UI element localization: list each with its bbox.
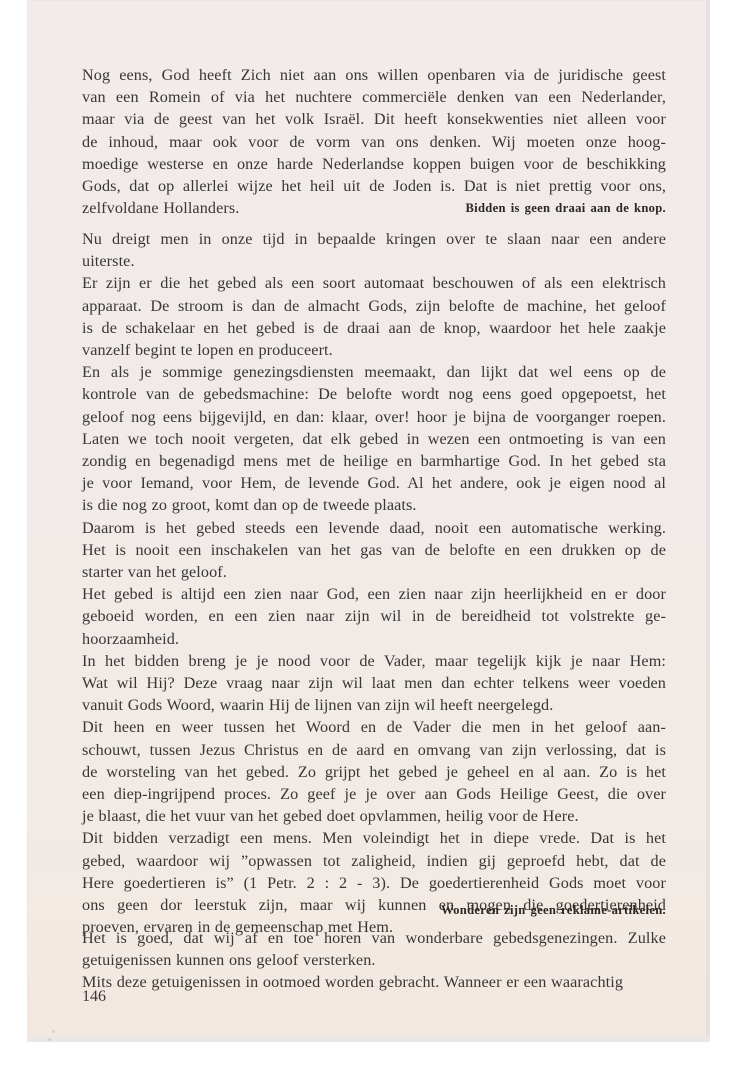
text-line: uiterste. bbox=[82, 250, 666, 272]
text-line: de inhoud, maar ook voor de vorm van ons… bbox=[82, 131, 666, 153]
section-heading-bidden: Bidden is geen draai aan de knop. bbox=[465, 201, 666, 216]
text-line: een diep-ingrijpend proces. Zo geef je j… bbox=[82, 783, 666, 805]
text-line: is die nog zo groot, komt dan op de twee… bbox=[82, 494, 666, 516]
page-edge-bottom bbox=[27, 1036, 710, 1042]
text-line: Dit heen en weer tussen het Woord en de … bbox=[82, 716, 666, 738]
text-line: Er zijn er die het gebed als een soort a… bbox=[82, 272, 666, 294]
text-line: Daarom is het gebed steeds een levende d… bbox=[82, 517, 666, 539]
text-line: schouwt, tussen Jezus Christus en de aar… bbox=[82, 739, 666, 761]
text-line: Nu dreigt men in onze tijd in bepaalde k… bbox=[82, 228, 666, 250]
text-line: Gods, dat op allerlei wijze het heil uit… bbox=[82, 175, 666, 197]
text-line: je voor Iemand, voor Hem, de levende God… bbox=[82, 472, 666, 494]
text-line: Here goedertieren is” (1 Petr. 2 : 2 - 3… bbox=[82, 872, 666, 894]
scan-margin bbox=[0, 0, 27, 1068]
paper-smudge bbox=[48, 1038, 51, 1041]
text-line: Mits deze getuigenissen in ootmoed worde… bbox=[82, 971, 666, 993]
text-line: je blaast, die het vuur van het gebed do… bbox=[82, 805, 666, 827]
text-line: getuigenissen kunnen ons geloof versterk… bbox=[82, 949, 666, 971]
text-line: geloof nog eens bijgevijld, en dan: klaa… bbox=[82, 406, 666, 428]
text-line: Wat wil Hij? Deze vraag naar zijn wil la… bbox=[82, 672, 666, 694]
text-line: Dit bidden verzadigt een mens. Men volei… bbox=[82, 827, 666, 849]
text-line: kontrole van de gebedsmachine: De beloft… bbox=[82, 383, 666, 405]
text-line: geboeid worden, en een zien naar zijn wi… bbox=[82, 605, 666, 627]
text-line: In het bidden breng je je nood voor de V… bbox=[82, 650, 666, 672]
text-line: de worsteling van het gebed. Zo grijpt h… bbox=[82, 761, 666, 783]
paper-smudge bbox=[52, 1030, 55, 1033]
text-line: Nog eens, God heeft Zich niet aan ons wi… bbox=[82, 64, 666, 86]
text-line: moedige westerse en onze harde Nederland… bbox=[82, 153, 666, 175]
text-line: zondig en begenadigd mens met de heilige… bbox=[82, 450, 666, 472]
page-number: 146 bbox=[82, 988, 106, 1006]
text-line: vanzelf begint te lopen en produceert. bbox=[82, 339, 666, 361]
text-line: vanuit Gods Woord, waarin Hij de lijnen … bbox=[82, 694, 666, 716]
text-line: is de schakelaar en het gebed is de draa… bbox=[82, 317, 666, 339]
text-line: Het gebed is altijd een zien naar God, e… bbox=[82, 583, 666, 605]
section-heading-wonderen: Wonderen zijn geen reklame-artikelen. bbox=[441, 903, 666, 918]
text-line: Het is nooit een inschakelen van het gas… bbox=[82, 539, 666, 561]
text-line: van een Romein of via het nuchtere comme… bbox=[82, 86, 666, 108]
text-line: En als je sommige genezingsdiensten meem… bbox=[82, 361, 666, 383]
text-line: hoorzaamheid. bbox=[82, 628, 666, 650]
text-line: Het is goed, dat wij af en toe horen van… bbox=[82, 927, 666, 949]
text-line: maar via de geest van het volk Israël. D… bbox=[82, 108, 666, 130]
text-line: apparaat. De stroom is dan de almacht Go… bbox=[82, 295, 666, 317]
text-line: Laten we toch nooit vergeten, dat elk ge… bbox=[82, 428, 666, 450]
page-edge bbox=[706, 0, 710, 1040]
text-line: starter van het geloof. bbox=[82, 561, 666, 583]
text-line: gebed, waardoor wij ”opwassen tot zaligh… bbox=[82, 850, 666, 872]
